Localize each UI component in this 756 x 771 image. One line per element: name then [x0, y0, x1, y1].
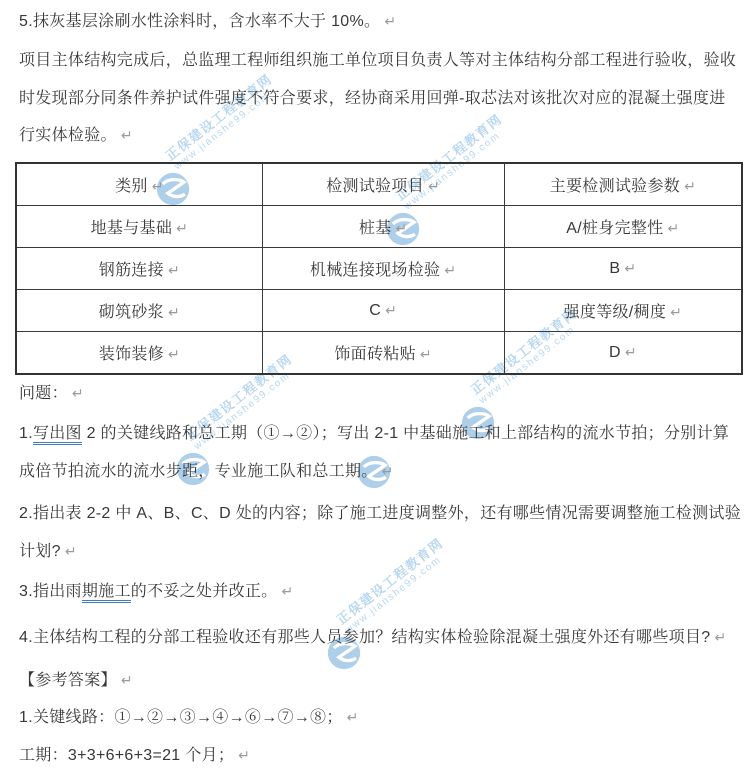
cell-text: 主要检测试验参数 [550, 178, 680, 195]
table-cell: 钢筋连接↵ [16, 248, 262, 290]
cell-text: D [609, 344, 621, 361]
paragraph-mark: ↵ [670, 304, 682, 320]
cell-text: 检测试验项目 [326, 178, 424, 195]
question-4: 4.主体结构工程的分部工程验收还有那些人员参加？结构实体检验除混凝土强度外还有哪… [19, 619, 741, 657]
table-header-row: 类别↵ 检测试验项目↵ 主要检测试验参数↵ [16, 163, 742, 206]
question-text: 2 的关键线路和总工期（①→②）；写出 2-1 中基础施工和上部结构的流水节拍；… [19, 425, 729, 480]
header-text: 【参考答案】 [19, 672, 117, 689]
table-cell: 桩基↵ [262, 206, 504, 248]
paragraph-mark: ↵ [428, 178, 440, 194]
question-text: 1. [19, 425, 33, 442]
paragraph-mark: ↵ [420, 346, 432, 362]
table-cell: C↵ [262, 290, 504, 332]
question-3: 3.指出雨期施工的不妥之处并改正。↵ [19, 573, 741, 611]
cell-text: 地基与基础 [91, 220, 173, 237]
question-text: 2.指出表 2-2 中 A、B、C、D 处的内容；除了施工进度调整外，还有哪些情… [19, 505, 741, 560]
paragraph-mark: ↵ [667, 220, 679, 236]
cell-text: 钢筋连接 [99, 262, 164, 279]
answer-critical-path: 1.关键线路：①→②→③→④→⑥→⑦→⑧；↵ [19, 699, 741, 737]
question-1: 1.写出图 2 的关键线路和总工期（①→②）；写出 2-1 中基础施工和上部结构… [19, 415, 741, 490]
paragraph-mark: ↵ [168, 346, 180, 362]
grammar-underline: 期施工 [82, 583, 131, 603]
document-page: { "marks": { "pilcrow": "↵" }, "colors":… [0, 0, 756, 771]
question-text: 3.指出雨 [19, 583, 82, 600]
paragraph-mark: ↵ [444, 262, 456, 278]
table-row: 钢筋连接↵ 机械连接现场检验↵ B↵ [16, 248, 742, 290]
header-cell-test-item: 检测试验项目↵ [262, 163, 504, 206]
cell-text: 类别 [115, 178, 148, 195]
questions-label: 问题：↵ [19, 375, 741, 413]
paragraph-mark: ↵ [347, 709, 359, 725]
paragraph-mark: ↵ [168, 262, 180, 278]
cell-text: 饰面砖粘贴 [334, 346, 416, 363]
table-cell: 饰面砖粘贴↵ [262, 332, 504, 375]
paragraph-note-5: 5.抹灰基层涂刷水性涂料时，含水率不大于 10%。↵ [19, 3, 741, 41]
paragraph-mark: ↵ [168, 304, 180, 320]
cell-text: B [609, 260, 620, 277]
cell-text: 装饰装修 [99, 346, 164, 363]
table-cell: 装饰装修↵ [16, 332, 262, 375]
paragraph-mark: ↵ [72, 385, 84, 401]
reference-answer-header: 【参考答案】↵ [19, 662, 741, 700]
label-text: 问题： [19, 385, 68, 402]
inspection-test-table: 类别↵ 检测试验项目↵ 主要检测试验参数↵ 地基与基础↵ 桩基↵ A/桩身完整性… [15, 162, 743, 375]
table-cell: 强度等级/稠度↵ [504, 290, 742, 332]
answer-duration: 工期：3+3+6+6+3=21 个月；↵ [19, 737, 741, 771]
table-cell: B↵ [504, 248, 742, 290]
paragraph-mark: ↵ [238, 747, 250, 763]
answer-text: 工期：3+3+6+6+3=21 个月； [19, 747, 234, 764]
table-cell: 机械连接现场检验↵ [262, 248, 504, 290]
table-row: 砌筑砂浆↵ C↵ 强度等级/稠度↵ [16, 290, 742, 332]
paragraph-mark: ↵ [624, 260, 636, 276]
paragraph-mark: ↵ [65, 543, 77, 559]
table-row: 地基与基础↵ 桩基↵ A/桩身完整性↵ [16, 206, 742, 248]
paragraph-text: 5.抹灰基层涂刷水性涂料时，含水率不大于 10%。 [19, 13, 380, 30]
header-cell-parameters: 主要检测试验参数↵ [504, 163, 742, 206]
header-cell-category: 类别↵ [16, 163, 262, 206]
paragraph-mark: ↵ [625, 344, 637, 360]
table-cell: A/桩身完整性↵ [504, 206, 742, 248]
paragraph-mark: ↵ [152, 178, 164, 194]
answer-text: 1.关键线路：①→②→③→④→⑥→⑦→⑧； [19, 709, 343, 726]
paragraph-mark: ↵ [395, 220, 407, 236]
question-2: 2.指出表 2-2 中 A、B、C、D 处的内容；除了施工进度调整外，还有哪些情… [19, 495, 741, 570]
cell-text: A/桩身完整性 [566, 220, 663, 237]
cell-text: 砌筑砂浆 [99, 304, 164, 321]
cell-text: 强度等级/稠度 [564, 304, 667, 321]
table-cell: D↵ [504, 332, 742, 375]
question-text: 的不妥之处并改正。 [131, 583, 278, 600]
paragraph-mark: ↵ [382, 463, 394, 479]
paragraph-mark: ↵ [384, 13, 396, 29]
table-cell: 地基与基础↵ [16, 206, 262, 248]
question-text: 4.主体结构工程的分部工程验收还有那些人员参加？结构实体检验除混凝土强度外还有哪… [19, 629, 710, 646]
grammar-underline: 写出图 [33, 425, 82, 445]
paragraph-mark: ↵ [281, 583, 293, 599]
cell-text: 桩基 [359, 220, 392, 237]
paragraph-mark: ↵ [121, 672, 133, 688]
paragraph-mark: ↵ [385, 302, 397, 318]
paragraph-mark: ↵ [176, 220, 188, 236]
paragraph-mark: ↵ [714, 629, 726, 645]
paragraph-mark: ↵ [121, 127, 133, 143]
table-row: 装饰装修↵ 饰面砖粘贴↵ D↵ [16, 332, 742, 375]
cell-text: 机械连接现场检验 [310, 262, 440, 279]
cell-text: C [369, 302, 381, 319]
paragraph-scenario: 项目主体结构完成后，总监理工程师组织施工单位项目负责人等对主体结构分部工程进行验… [19, 42, 741, 155]
paragraph-mark: ↵ [684, 178, 696, 194]
table-cell: 砌筑砂浆↵ [16, 290, 262, 332]
